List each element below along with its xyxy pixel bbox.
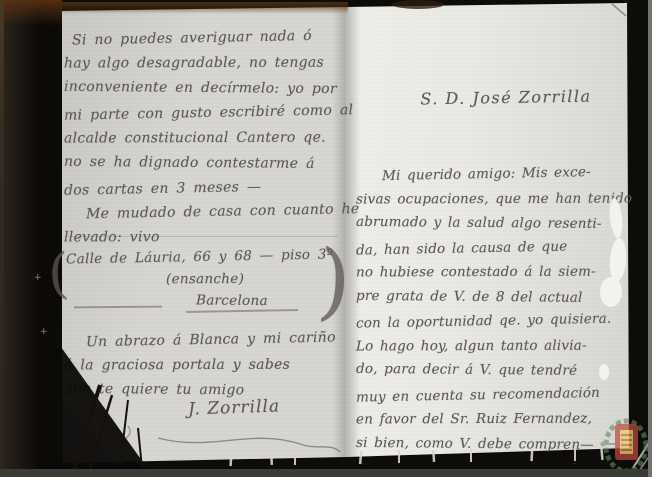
handwritten-line: con la oportunidad qe. yo quisiera. (356, 306, 624, 336)
handwritten-line: hay algo desagradable, no tengas (64, 51, 346, 77)
photo-frame-right-edge (648, 0, 652, 477)
handwritten-line: Un abrazo á Blanca y mi cariño (64, 325, 346, 355)
address-open-paren: ( (46, 243, 70, 304)
handwritten-line: muy en cuenta su recomendación (356, 380, 624, 410)
signature: J. Zorrilla (188, 396, 281, 419)
salutation: S. D. José Zorrilla (408, 86, 604, 108)
handwritten-line: Lo hago hoy, algun tanto alivia- (356, 333, 624, 358)
address-block: Calle de Láuria, 66 y 68 — piso 3º (ensa… (66, 246, 328, 312)
handwritten-line: no hubiese contestado á la siem- (356, 260, 624, 285)
handwritten-line: abrumado y la salud algo resenti- (356, 210, 624, 237)
left-page-paragraph-2: Me mudado de casa con cuanto he llevado:… (64, 200, 346, 250)
dust-speck: + (40, 328, 48, 337)
handwritten-line: sivas ocupaciones, que me han tenido (356, 186, 624, 211)
handwritten-line: pre grata de V. de 8 del actual (356, 283, 624, 310)
closing-paragraph: Un abrazo á Blanca y mi cariño á la grac… (64, 328, 346, 403)
right-page-body: Mi querido amigo: Mis exce- sivas ocupac… (356, 162, 624, 456)
handwritten-line: Si no puedes averiguar nada ó (64, 23, 346, 53)
handwritten-line: mi parte con gusto escribiré como al (64, 98, 346, 128)
handwritten-line: alcalde constitucional Cantero qe. (64, 126, 346, 152)
address-street: Calle de Láuria, 66 y 68 — piso 3º (66, 243, 328, 270)
dark-left-band (4, 0, 62, 477)
burn-blotch (392, 0, 444, 9)
letter-photograph: + + Si no puedes averiguar nada ó hay al… (0, 0, 652, 477)
handwritten-line: da, han sido la causa de que (356, 233, 624, 263)
address-district: (ensanche) (166, 268, 328, 291)
handwritten-line: si bien, como V. debe compren— (356, 430, 624, 457)
photo-frame-bottom-edge (0, 469, 652, 477)
handwritten-line: á la graciosa portala y sabes (64, 353, 346, 379)
handwritten-line: en favor del Sr. Ruiz Fernandez, (356, 407, 624, 432)
handwritten-line: Me mudado de casa con cuanto he (64, 197, 346, 227)
handwritten-line: do, para decir á V. que tendré (356, 357, 624, 384)
burnt-top-edge (56, 2, 348, 14)
dust-speck: + (34, 274, 42, 283)
address-close-paren: ) (315, 237, 354, 325)
handwritten-line: Mi querido amigo: Mis exce- (356, 159, 624, 189)
left-page-paragraph-1: Si no puedes averiguar nada ó hay algo d… (64, 26, 346, 201)
